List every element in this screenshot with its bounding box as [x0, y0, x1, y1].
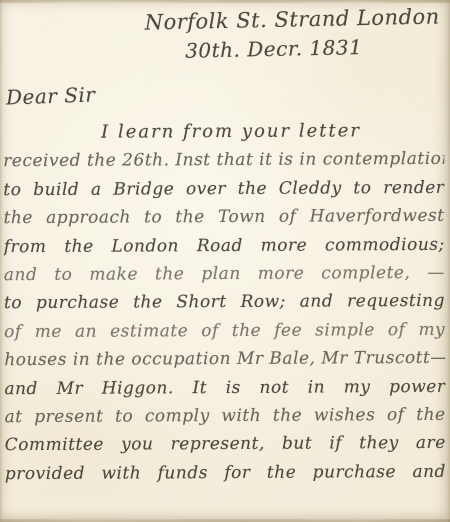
- letter-body: I learn from your letter received the 26…: [3, 117, 446, 488]
- letter-body-line: I learn from your letter: [3, 117, 444, 148]
- letter-body-line: to build a Bridge over the Cleddy to ren…: [3, 174, 444, 205]
- letter-body-line: and to make the plan more complete, —: [4, 259, 445, 290]
- letter-body-line: to purchase the Short Row; and requestin…: [4, 287, 445, 318]
- letter-body-line: at present to comply with the wishes of …: [5, 401, 446, 432]
- letter-scan: Norfolk St. Strand London 30th. Decr. 18…: [0, 0, 450, 522]
- letter-body-line: the approach to the Town of Haverfordwes…: [3, 202, 444, 233]
- letter-body-line: houses in the occupation Mr Bale, Mr Tru…: [4, 344, 445, 375]
- letter-body-line: Committee you represent, but if they are: [5, 429, 446, 460]
- letter-date: 30th. Decr. 1831: [0, 33, 440, 66]
- letter-body-line: of me an estimate of the fee simple of m…: [4, 316, 445, 347]
- letter-body-line: from the London Road more commodious;: [4, 230, 445, 261]
- letter-body-line: received the 26th. Inst that it is in co…: [3, 145, 444, 176]
- letter-salutation: Dear Sir: [6, 82, 96, 109]
- paper-edge-top: [0, 0, 450, 3]
- letter-address: Norfolk St. Strand London: [0, 3, 440, 38]
- letter-body-line: provided with funds for the purchase and: [5, 458, 446, 489]
- letter-header: Norfolk St. Strand London 30th. Decr. 18…: [0, 3, 441, 66]
- letter-body-line: and Mr Higgon. It is not in my power: [4, 372, 445, 403]
